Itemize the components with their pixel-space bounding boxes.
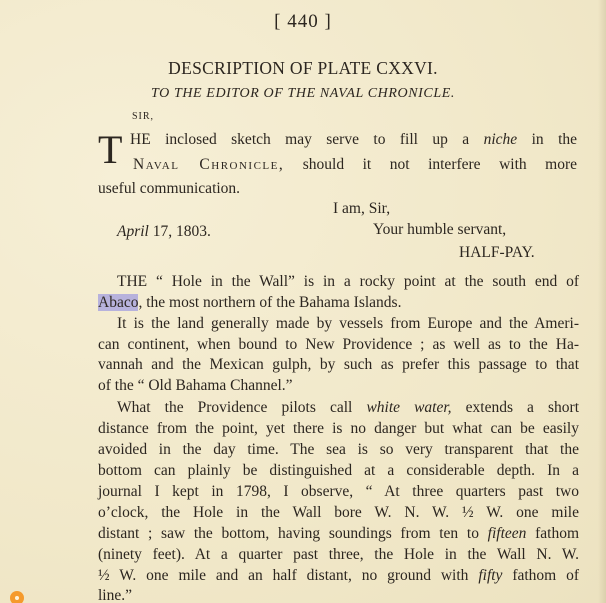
text: distant ; saw the bottom, having soundin… [98, 525, 479, 542]
text: in the [532, 131, 577, 148]
body-line: What the Providence pilots call white wa… [117, 398, 579, 418]
page-title: DESCRIPTION OF PLATE CXXVI. [0, 58, 606, 78]
body-line: THE “ Hole in the Wall” is in a rocky po… [117, 272, 579, 292]
small-caps-text: Naval Chronicle, [133, 156, 284, 173]
body-line: bottom can plainly be distinguished at a… [98, 461, 579, 481]
drop-cap: T [98, 130, 122, 170]
body-line: vannah and the Mexican gulph, by such as… [98, 355, 579, 375]
italic-text: niche [484, 131, 518, 148]
body-line: It is the land generally made by vessels… [117, 314, 579, 334]
italic-text: white water, [366, 399, 451, 416]
letter-line-2: Naval Chronicle, should it not interfere… [133, 155, 577, 175]
text: fathom of [512, 567, 579, 584]
text: extends a short [466, 399, 579, 416]
letter-date: April 17, 1803. [117, 222, 211, 242]
body-line: (ninety feet). At a quarter past three, … [98, 545, 579, 565]
text: ½ W. one mile and an half distant, no gr… [98, 567, 468, 584]
body-line: Abaco, the most northern of the Bahama I… [98, 293, 401, 313]
body-line: line.” [98, 586, 132, 603]
text: should it not interfere with more [303, 156, 577, 173]
page-fold-shadow [598, 0, 606, 603]
text: What the Providence pilots call [117, 399, 352, 416]
letter-line-1: HE inclosed sketch may serve to fill up … [130, 130, 577, 150]
body-line: avoided in the day time. The sea is so v… [98, 440, 579, 460]
letter-line-3: useful communication. [98, 179, 240, 199]
text: 17, 1803. [153, 223, 211, 240]
highlighted-text[interactable]: Abaco [98, 294, 138, 311]
body-line: journal I kept in 1798, I observe, “ At … [98, 482, 579, 502]
cursor-marker-icon [10, 591, 24, 603]
text: fathom [535, 525, 579, 542]
italic-text: April [117, 223, 149, 240]
body-line: distant ; saw the bottom, having soundin… [98, 524, 579, 544]
body-line: ½ W. one mile and an half distant, no gr… [98, 566, 579, 586]
text: HE inclosed sketch may serve to fill up … [130, 131, 469, 148]
signature: HALF-PAY. [459, 243, 535, 263]
text: , the most northern of the Bahama Island… [138, 294, 401, 311]
closing-servant: Your humble servant, [373, 220, 506, 240]
page-number: [ 440 ] [0, 12, 606, 32]
italic-text: fifteen [488, 525, 527, 542]
scanned-page: [ 440 ] DESCRIPTION OF PLATE CXXVI. TO T… [0, 0, 606, 603]
closing-line: I am, Sir, [333, 199, 390, 219]
italic-text: fifty [478, 567, 502, 584]
salutation: SIR, [132, 107, 154, 127]
body-line: o’clock, the Hole in the Wall bore W. N.… [98, 503, 579, 523]
body-line: distance from the point, yet there is no… [98, 419, 579, 439]
body-line: of the “ Old Bahama Channel.” [98, 376, 293, 396]
page-subtitle: TO THE EDITOR OF THE NAVAL CHRONICLE. [0, 84, 606, 104]
body-line: can continent, when bound to New Provide… [98, 335, 579, 355]
